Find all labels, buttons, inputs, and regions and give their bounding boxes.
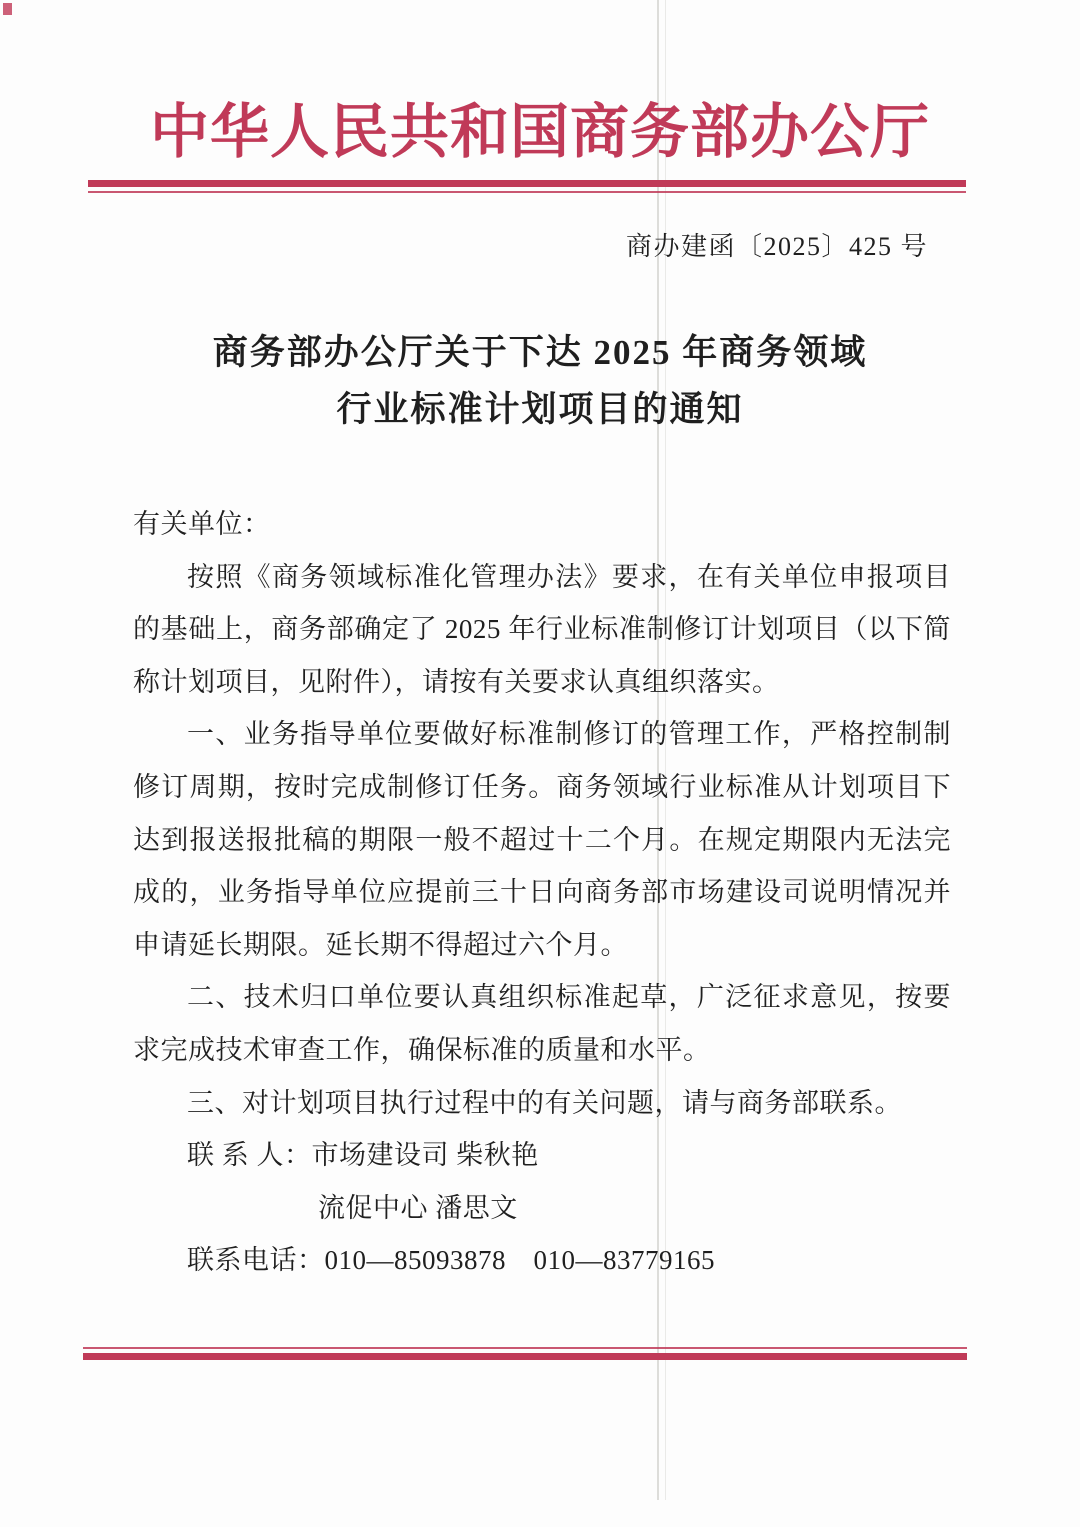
footer-divider-thick-bar <box>83 1353 967 1360</box>
notice-title-line1: 商务部办公厅关于下达 2025 年商务领域 <box>0 324 1080 381</box>
paragraph-item-3: 三、对计划项目执行过程中的有关问题，请与商务部联系。 <box>133 1077 951 1130</box>
contact-person-line-2: 流促中心 潘思文 <box>133 1182 951 1235</box>
document-page: 中华人民共和国商务部办公厅 商办建函〔2025〕425 号 商务部办公厅关于下达… <box>0 0 1080 1527</box>
notice-title-line2: 行业标准计划项目的通知 <box>0 381 1080 438</box>
letterhead-divider-thin-bar <box>88 191 966 193</box>
document-number: 商办建函〔2025〕425 号 <box>626 226 928 263</box>
paragraph-intro: 按照《商务领域标准化管理办法》要求，在有关单位申报项目的基础上，商务部确定了 2… <box>133 551 951 709</box>
letterhead-divider-thick-bar <box>88 180 966 187</box>
footer-divider-thin-bar <box>83 1347 967 1349</box>
letterhead-divider <box>88 180 966 193</box>
footer-divider <box>83 1347 967 1360</box>
notice-title: 商务部办公厅关于下达 2025 年商务领域 行业标准计划项目的通知 <box>0 324 1080 438</box>
contact-person-line-1: 联 系 人：市场建设司 柴秋艳 <box>133 1129 951 1182</box>
contact-phone-line: 联系电话：010—85093878 010—83779165 <box>133 1234 951 1287</box>
paragraph-item-1: 一、业务指导单位要做好标准制修订的管理工作，严格控制制修订周期，按时完成制修订任… <box>133 708 951 971</box>
scan-noise-speck <box>3 3 12 15</box>
salutation: 有关单位： <box>133 498 951 551</box>
paragraph-item-2: 二、技术归口单位要认真组织标准起草，广泛征求意见，按要求完成技术审查工作，确保标… <box>133 971 951 1076</box>
letterhead-org-name: 中华人民共和国商务部办公厅 <box>0 84 1080 169</box>
document-body: 有关单位： 按照《商务领域标准化管理办法》要求，在有关单位申报项目的基础上，商务… <box>133 498 951 1287</box>
